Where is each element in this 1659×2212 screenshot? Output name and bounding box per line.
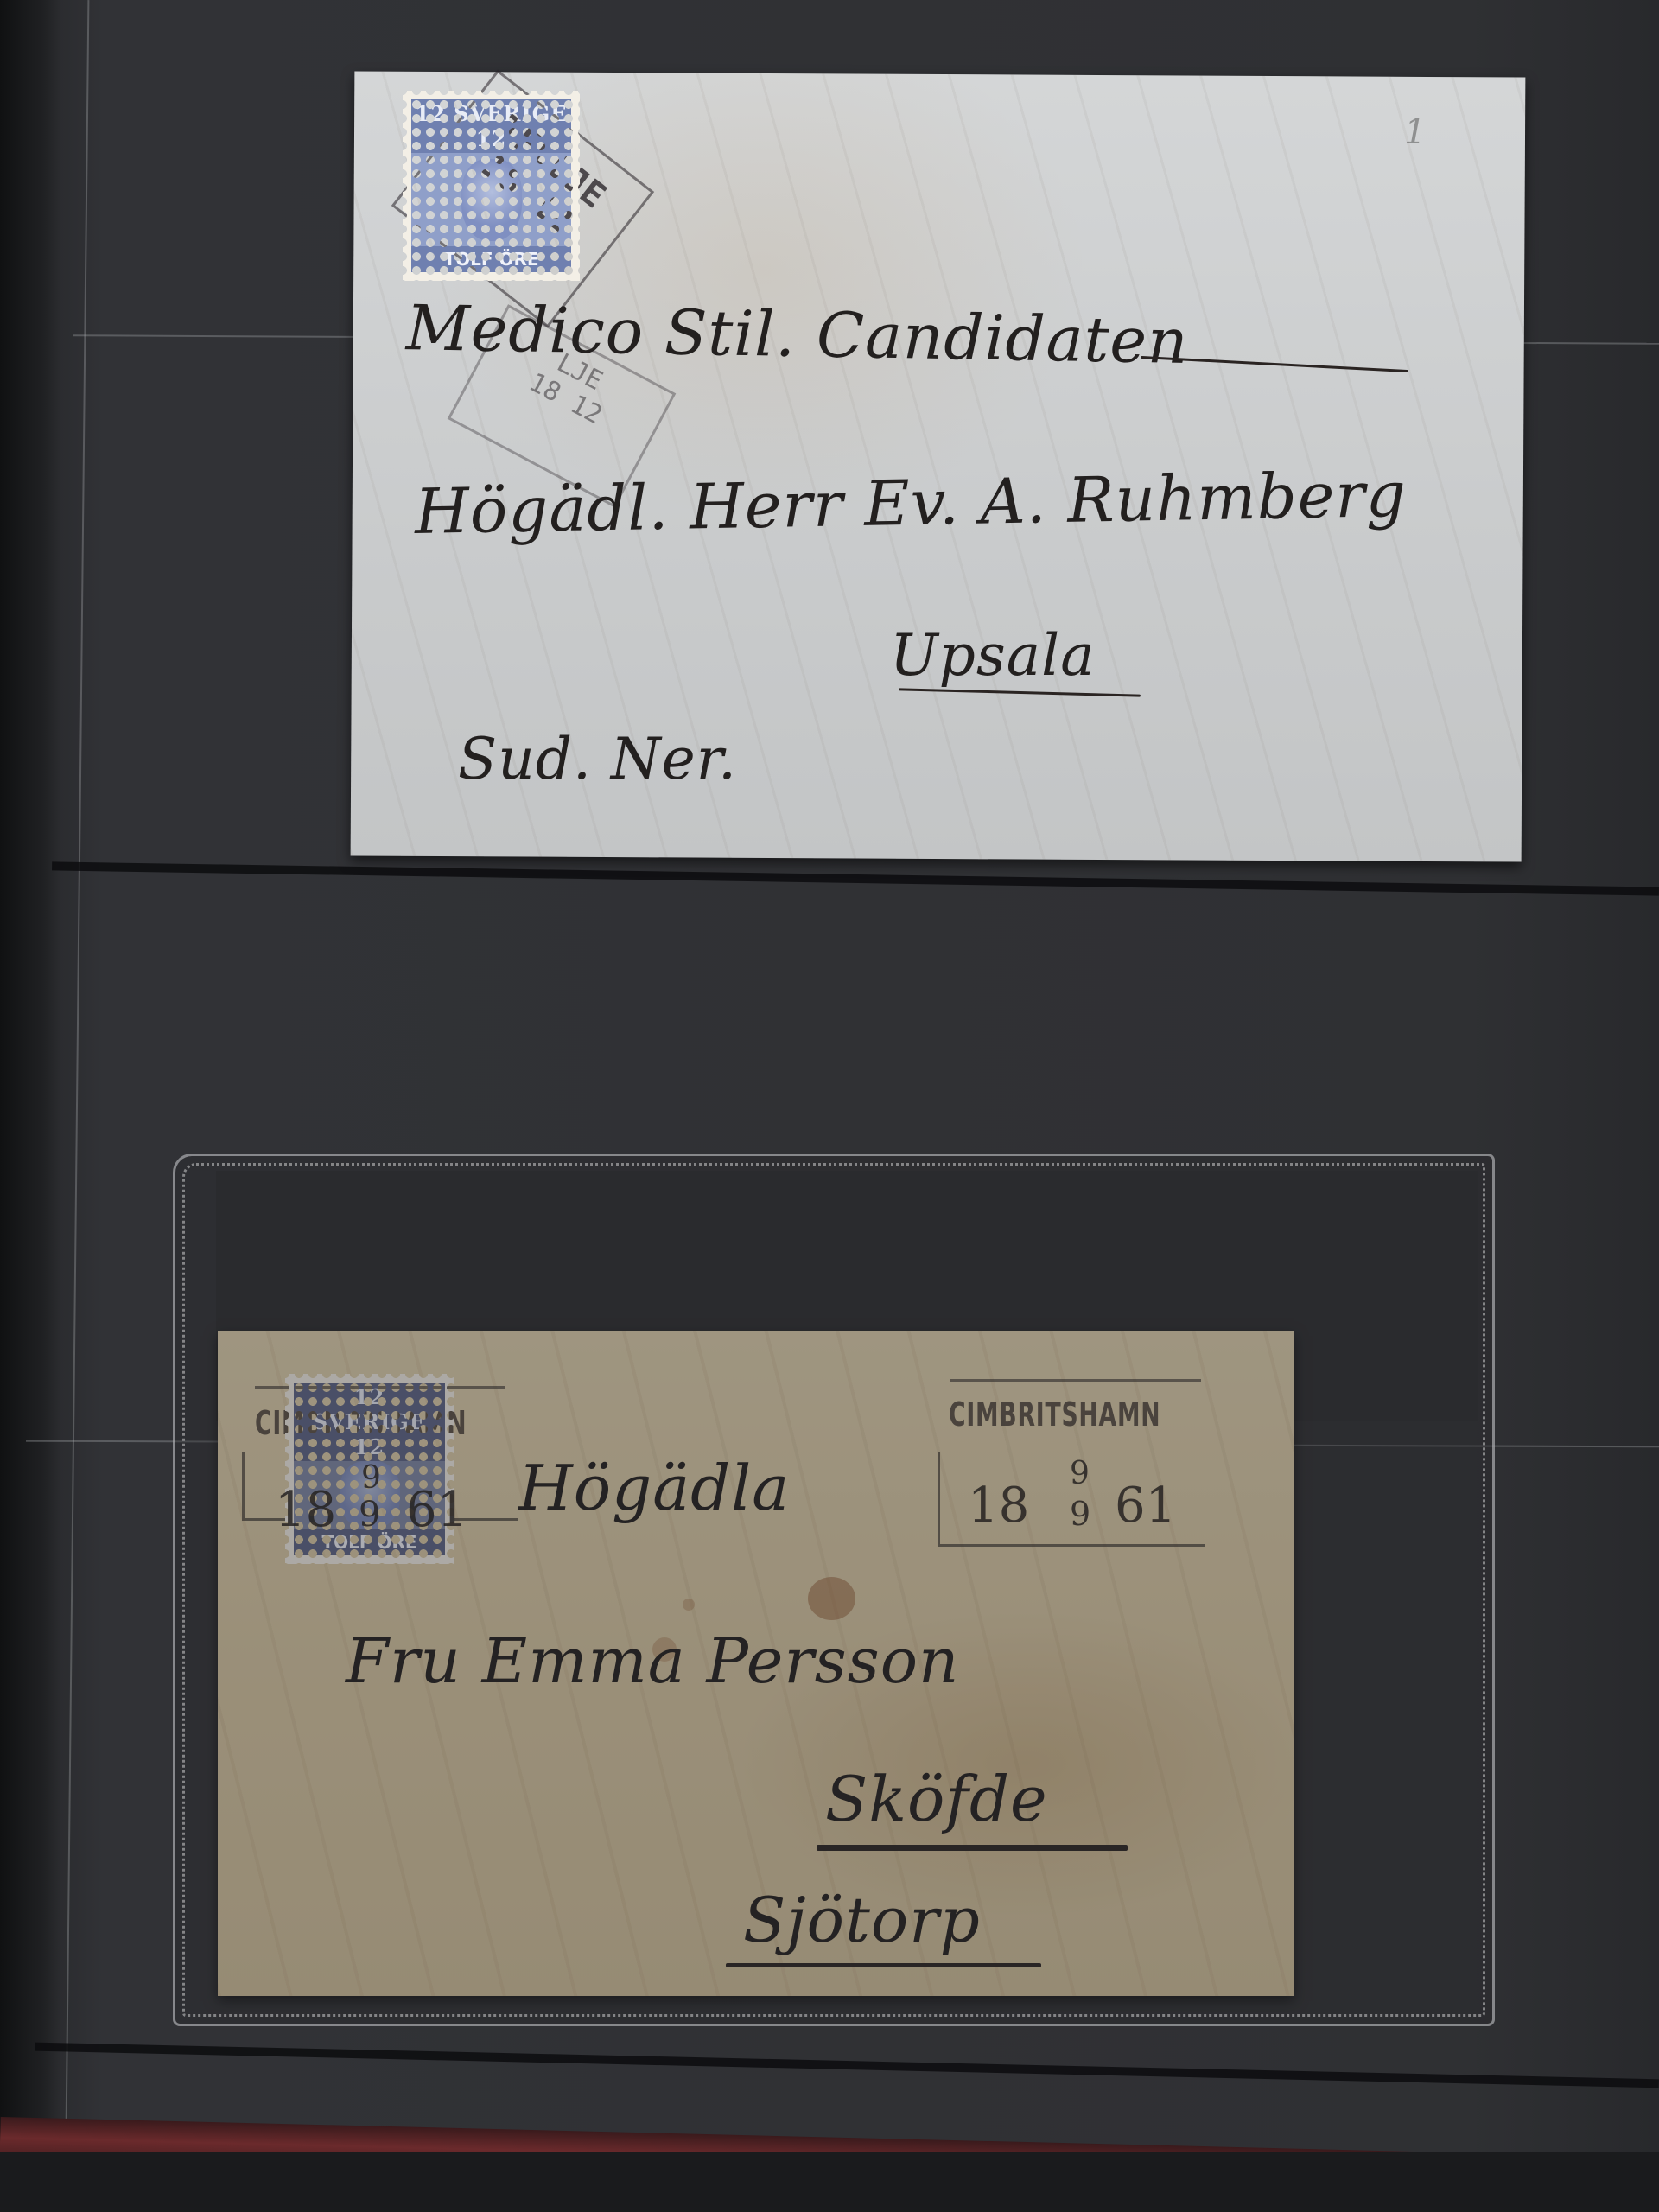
crowned-lion-crest-icon bbox=[461, 159, 522, 241]
address-line-1: Medico Stil. Candidaten bbox=[405, 291, 1189, 378]
stamp-country-label: 12 SVERIGE 12 bbox=[411, 99, 571, 153]
album-strip-divider bbox=[52, 861, 1659, 895]
album-spine-shadow bbox=[0, 0, 60, 2212]
stamp-value-label: TOLF ÖRE bbox=[411, 246, 571, 272]
stamp-album-page: TELLJE 18 12 12 SVERIGE 12 TOLF ÖRE LJE … bbox=[0, 0, 1659, 2212]
cover-corner-note: 1 bbox=[1404, 112, 1427, 152]
table-surface bbox=[0, 2152, 1659, 2212]
postage-stamp: 12 SVERIGE 12 TOLF ÖRE bbox=[403, 91, 580, 281]
album-strip-divider bbox=[35, 2043, 1659, 2088]
address-line-4: Sud. Ner. bbox=[458, 726, 737, 792]
address-line-3: Upsala bbox=[890, 622, 1096, 689]
album-guide-line bbox=[65, 0, 90, 2212]
protective-sleeve bbox=[173, 1154, 1495, 2026]
